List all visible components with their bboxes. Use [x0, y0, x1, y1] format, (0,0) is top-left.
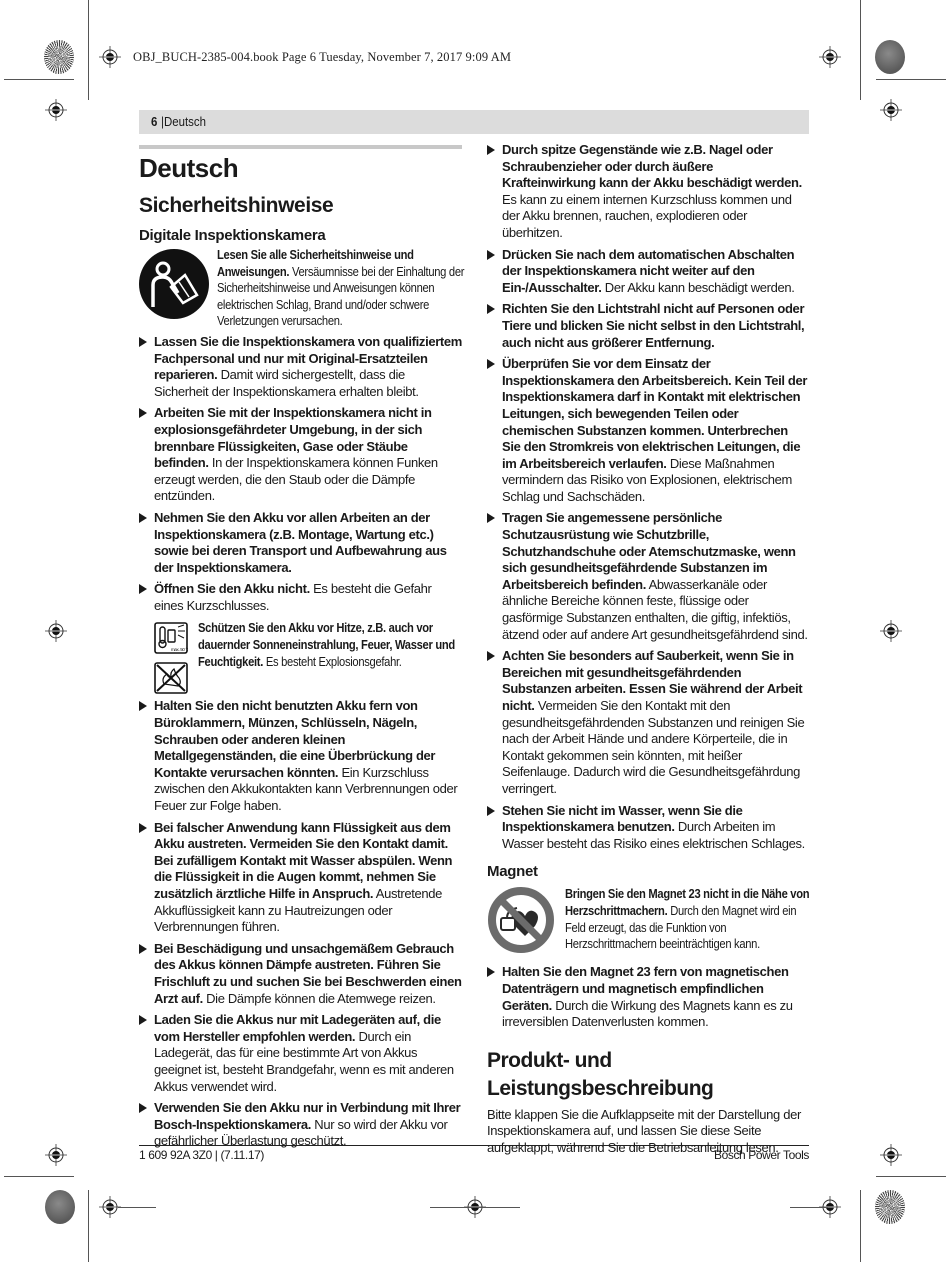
bullet-triangle-icon: [139, 408, 147, 418]
heat-warning-icons: max. 50 °C: [154, 622, 188, 694]
magnet-heading: Magnet: [487, 862, 809, 882]
heat-icon-label: max. 50 °C: [171, 647, 188, 652]
color-wheel-icon: [44, 40, 74, 74]
running-head: 6 |Deutsch: [139, 110, 809, 134]
bullet-triangle-icon: [487, 250, 495, 260]
gray-patch-icon: [45, 1190, 75, 1224]
crop-mark: [876, 79, 946, 80]
left-column: Deutsch Sicherheitshinweise Digitale Ins…: [139, 145, 462, 1155]
crop-mark: [876, 1176, 946, 1177]
bullet-triangle-icon: [487, 651, 495, 661]
read-manual-icon: [139, 249, 209, 319]
column-rule: [139, 145, 462, 149]
bullet-text: Der Akku kann beschädigt werden.: [602, 280, 795, 295]
list-item: Bei falscher Anwendung kann Flüssigkeit …: [139, 820, 462, 936]
subsection-heading: Digitale Inspektionskamera: [139, 225, 462, 247]
page-title: Deutsch: [139, 151, 462, 185]
bullet-text: Vermeiden Sie den Kontakt mit den gesund…: [502, 698, 804, 796]
bullet-text: Die Dämpfe können die Atemwege reizen.: [203, 991, 436, 1006]
crop-mark: [4, 1176, 74, 1177]
crop-mark: [860, 0, 861, 100]
right-column: Durch spitze Gegenstände wie z.B. Nagel …: [487, 142, 809, 1157]
bullet-triangle-icon: [139, 337, 147, 347]
print-slug: OBJ_BUCH-2385-004.book Page 6 Tuesday, N…: [133, 50, 511, 65]
list-item: Nehmen Sie den Akku vor allen Arbeiten a…: [139, 510, 462, 576]
section-heading: Sicherheitshinweise: [139, 191, 462, 221]
list-item: Achten Sie besonders auf Sauberkeit, wen…: [487, 648, 809, 797]
registration-target-icon: [880, 1144, 902, 1166]
footer-doc-number: 1 609 92A 3Z0 | (7.11.17): [139, 1148, 264, 1162]
footer-brand: Bosch Power Tools: [714, 1148, 809, 1162]
bullet-triangle-icon: [487, 513, 495, 523]
crop-mark: [88, 0, 89, 100]
list-item: Bei Beschädigung und unsachgemäßem Gebra…: [139, 941, 462, 1007]
registration-target-icon: [45, 1144, 67, 1166]
registration-target-icon: [880, 99, 902, 121]
bullet-triangle-icon: [139, 701, 147, 711]
list-item: Drücken Sie nach dem automatischen Absch…: [487, 247, 809, 297]
page-number: 6: [151, 114, 157, 129]
bullet-triangle-icon: [487, 145, 495, 155]
product-heading: Produkt- und Leistungsbeschreibung: [487, 1047, 809, 1103]
magnet-warning: Bringen Sie den Magnet 23 nicht in die N…: [487, 886, 809, 958]
bullet-bold: Überprüfen Sie vor dem Einsatz der Inspe…: [502, 356, 807, 471]
bullet-triangle-icon: [487, 304, 495, 314]
intro-paragraph: Lesen Sie alle Sicherheitshinweise und A…: [139, 247, 462, 330]
list-item: Halten Sie den Magnet 23 fern von magnet…: [487, 964, 809, 1030]
list-item: Öffnen Sie den Akku nicht. Es besteht di…: [139, 581, 462, 614]
bullet-triangle-icon: [487, 806, 495, 816]
bullet-triangle-icon: [139, 513, 147, 523]
color-wheel-icon: [875, 1190, 905, 1224]
heat-warning: max. 50 °C Schützen Sie den Akku vor Hit…: [154, 620, 462, 692]
bullet-triangle-icon: [139, 823, 147, 833]
gray-patch-icon: [875, 40, 905, 74]
crop-mark: [790, 1207, 828, 1208]
registration-target-icon: [45, 99, 67, 121]
list-item: Lassen Sie die Inspektionskamera von qua…: [139, 334, 462, 400]
list-item: Überprüfen Sie vor dem Einsatz der Inspe…: [487, 356, 809, 505]
bullet-bold: Durch spitze Gegenstände wie z.B. Nagel …: [502, 142, 802, 190]
bullet-bold: Richten Sie den Lichtstrahl nicht auf Pe…: [502, 301, 804, 349]
crop-mark: [88, 1190, 89, 1262]
bullet-text: Es kann zu einem internen Kurzschluss ko…: [502, 192, 792, 240]
bullet-triangle-icon: [487, 967, 495, 977]
bullet-triangle-icon: [139, 1015, 147, 1025]
list-item: Tragen Sie angemessene persönliche Schut…: [487, 510, 809, 643]
list-item: Laden Sie die Akkus nur mit Ladegeräten …: [139, 1012, 462, 1095]
bullet-bold: Nehmen Sie den Akku vor allen Arbeiten a…: [154, 510, 447, 575]
footer-rule: [139, 1145, 809, 1146]
crop-mark: [430, 1207, 520, 1208]
bullet-triangle-icon: [139, 584, 147, 594]
bullet-bold: Öffnen Sie den Akku nicht.: [154, 581, 310, 596]
registration-target-icon: [99, 46, 121, 68]
list-item: Halten Sie den nicht benutzten Akku fern…: [139, 698, 462, 814]
list-item: Durch spitze Gegenstände wie z.B. Nagel …: [487, 142, 809, 242]
list-item: Verwenden Sie den Akku nur in Verbindung…: [139, 1100, 462, 1150]
section-name: Deutsch: [164, 114, 206, 129]
crop-mark: [860, 1190, 861, 1262]
registration-target-icon: [880, 620, 902, 642]
list-item: Stehen Sie nicht im Wasser, wenn Sie die…: [487, 803, 809, 853]
running-head-section: |Deutsch: [161, 114, 206, 129]
bullet-triangle-icon: [139, 1103, 147, 1113]
no-pacemaker-icon: [487, 886, 555, 954]
crop-mark: [118, 1207, 156, 1208]
registration-target-icon: [819, 46, 841, 68]
heat-sun-thermometer-icon: max. 50 °C: [154, 622, 188, 654]
registration-target-icon: [45, 620, 67, 642]
crop-mark: [4, 79, 74, 80]
no-water-fire-icon: [154, 662, 188, 694]
heat-warning-text: Es besteht Explosionsgefahr.: [263, 654, 402, 669]
list-item: Richten Sie den Lichtstrahl nicht auf Pe…: [487, 301, 809, 351]
list-item: Arbeiten Sie mit der Inspektionskamera n…: [139, 405, 462, 505]
bullet-triangle-icon: [487, 359, 495, 369]
bullet-triangle-icon: [139, 944, 147, 954]
